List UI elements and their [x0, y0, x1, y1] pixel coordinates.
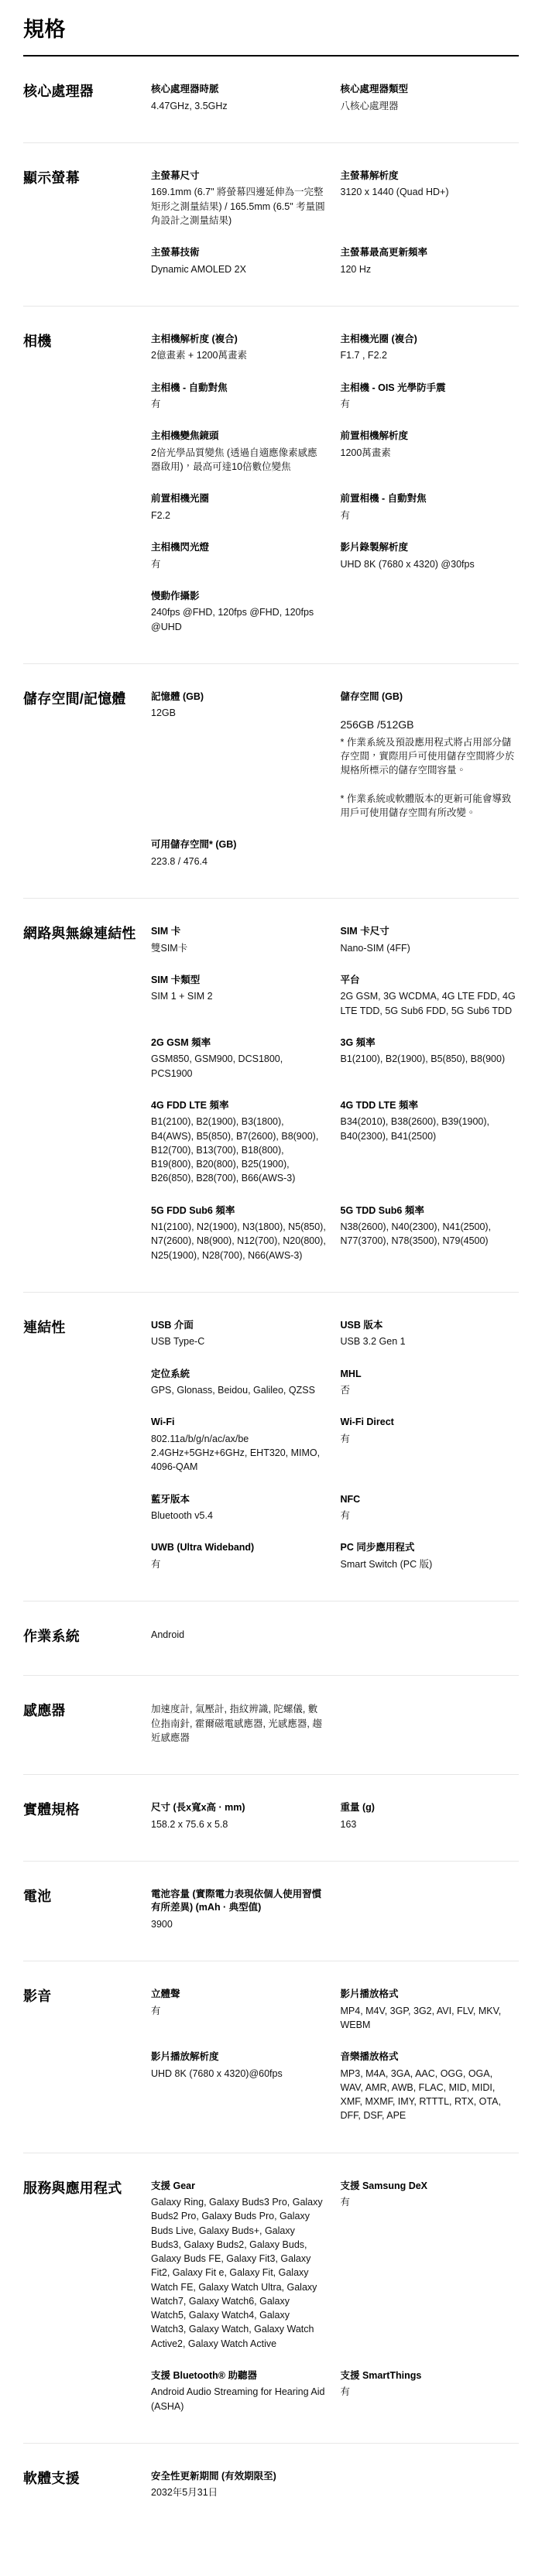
spec-item-label: 藍牙版本: [151, 1493, 327, 1507]
spec-item-label: 主螢幕尺寸: [151, 170, 327, 183]
spec-item-value: UHD 8K (7680 x 4320) @30fps: [341, 557, 516, 571]
spec-item: Wi-Fi Direct 有: [341, 1416, 520, 1474]
spec-item-value: F1.7 , F2.2: [341, 348, 516, 362]
spec-item-value: 158.2 x 75.6 x 5.8: [151, 1817, 327, 1831]
spec-item-value: Bluetooth v5.4: [151, 1509, 327, 1523]
spec-item-value: 3120 x 1440 (Quad HD+): [341, 185, 516, 199]
spec-item: 主相機 - 自動對焦 有: [151, 382, 330, 412]
spec-item: 前置相機光圈 F2.2: [151, 492, 330, 522]
section-body: 尺寸 (長x寬x高 · mm) 158.2 x 75.6 x 5.8 重量 (g…: [151, 1801, 519, 1831]
spec-item-label: USB 介面: [151, 1319, 327, 1333]
spec-item: 支援 Bluetooth® 助聽器 Android Audio Streamin…: [151, 2369, 330, 2413]
spec-item: 主相機光圈 (複合) F1.7 , F2.2: [341, 333, 520, 363]
section-body: SIM 卡 雙SIM卡 SIM 卡尺寸 Nano-SIM (4FF) SIM 卡…: [151, 925, 519, 1262]
spec-item: USB 版本 USB 3.2 Gen 1: [341, 1319, 520, 1349]
spec-item-value: 有: [341, 2385, 516, 2399]
spec-item: NFC 有: [341, 1493, 520, 1523]
spec-section: 實體規格 尺寸 (長x寬x高 · mm) 158.2 x 75.6 x 5.8 …: [23, 1774, 519, 1861]
spec-item: 影片播放格式 MP4, M4V, 3GP, 3G2, AVI, FLV, MKV…: [341, 1988, 520, 2032]
spec-item: 主螢幕技術 Dynamic AMOLED 2X: [151, 246, 330, 276]
spec-item: Wi-Fi 802.11a/b/g/n/ac/ax/be 2.4GHz+5GHz…: [151, 1416, 330, 1474]
spec-page: 規格 核心處理器 核心處理器時脈 4.47GHz, 3.5GHz 核心處理器類型…: [0, 0, 542, 2576]
spec-item-label: 記憶體 (GB): [151, 690, 327, 704]
spec-item: SIM 卡 雙SIM卡: [151, 925, 330, 955]
spec-item-value: MP4, M4V, 3GP, 3G2, AVI, FLV, MKV, WEBM: [341, 2004, 516, 2033]
spec-item-label: USB 版本: [341, 1319, 516, 1333]
spec-item-value: GSM850, GSM900, DCS1800, PCS1900: [151, 1052, 327, 1081]
spec-item-label: 主相機變焦鏡頭: [151, 430, 327, 444]
spec-item-value: 163: [341, 1817, 516, 1831]
spec-item-value: 120 Hz: [341, 262, 516, 276]
section-body: 主螢幕尺寸 169.1mm (6.7" 將螢幕四邊延伸為一完整矩形之測量結果) …: [151, 170, 519, 276]
section-category: 作業系統: [23, 1628, 151, 1646]
spec-item-value: 1200萬畫素: [341, 446, 516, 460]
spec-item-label: 4G FDD LTE 頻率: [151, 1099, 327, 1113]
spec-item-value: 加速度計, 氣壓計, 指紋辨識, 陀螺儀, 數位指南針, 霍爾磁電感應器, 光感…: [151, 1702, 327, 1745]
spec-item-value: 240fps @FHD, 120fps @FHD, 120fps @UHD: [151, 605, 327, 634]
section-category: 影音: [23, 1988, 151, 2123]
spec-section: 網路與無線連結性 SIM 卡 雙SIM卡 SIM 卡尺寸 Nano-SIM (4…: [23, 898, 519, 1292]
spec-item: 影片錄製解析度 UHD 8K (7680 x 4320) @30fps: [341, 541, 520, 571]
spec-item-value: 有: [341, 397, 516, 411]
spec-item-label: 5G TDD Sub6 頻率: [341, 1204, 516, 1218]
spec-item: 可用儲存空間* (GB) 223.8 / 476.4: [151, 838, 330, 868]
spec-section: 感應器 加速度計, 氣壓計, 指紋辨識, 陀螺儀, 數位指南針, 霍爾磁電感應器…: [23, 1675, 519, 1774]
spec-item-value: B1(2100), B2(1900), B3(1800), B4(AWS), B…: [151, 1115, 327, 1185]
spec-section: 軟體支援 安全性更新期間 (有效期限至) 2032年5月31日: [23, 2443, 519, 2530]
spec-item-label: 安全性更新期間 (有效期限至): [151, 2470, 327, 2484]
spec-item-label: 儲存空間 (GB): [341, 690, 516, 704]
spec-item-label: 主螢幕最高更新頻率: [341, 246, 516, 260]
spec-item: 前置相機解析度 1200萬畫素: [341, 430, 520, 474]
section-category: 感應器: [23, 1702, 151, 1745]
spec-item-value: 否: [341, 1383, 516, 1397]
section-category: 軟體支援: [23, 2470, 151, 2500]
spec-item: 尺寸 (長x寬x高 · mm) 158.2 x 75.6 x 5.8: [151, 1801, 330, 1831]
spec-item-label: MHL: [341, 1368, 516, 1382]
page-title: 規格: [23, 11, 519, 43]
spec-item: 核心處理器時脈 4.47GHz, 3.5GHz: [151, 83, 330, 113]
spec-item-label: 主相機閃光燈: [151, 541, 327, 555]
spec-item-label: 核心處理器時脈: [151, 83, 327, 97]
spec-item: 主螢幕解析度 3120 x 1440 (Quad HD+): [341, 170, 520, 228]
spec-item-label: 音樂播放格式: [341, 2050, 516, 2064]
section-body: 核心處理器時脈 4.47GHz, 3.5GHz 核心處理器類型 八核心處理器: [151, 83, 519, 113]
spec-item-label: 定位系統: [151, 1368, 327, 1382]
spec-item-label: 3G 頻率: [341, 1036, 516, 1050]
spec-item-value: * 作業系統及預設應用程式將占用部分儲存空間，實際用戶可使用儲存空間將少於規格所…: [341, 735, 516, 820]
spec-item-label: 主相機 - 自動對焦: [151, 382, 327, 396]
section-category: 儲存空間/記憶體: [23, 690, 151, 868]
spec-item-value: MP3, M4A, 3GA, AAC, OGG, OGA, WAV, AMR, …: [341, 2067, 516, 2123]
spec-item-value: 3900: [151, 1917, 327, 1931]
spec-item-value: N38(2600), N40(2300), N41(2500), N77(370…: [341, 1220, 516, 1249]
spec-item: 主螢幕尺寸 169.1mm (6.7" 將螢幕四邊延伸為一完整矩形之測量結果) …: [151, 170, 330, 228]
spec-item-value: Android: [151, 1628, 327, 1642]
spec-item-value: F2.2: [151, 509, 327, 522]
spec-item-label: NFC: [341, 1493, 516, 1507]
spec-sections: 核心處理器 核心處理器時脈 4.47GHz, 3.5GHz 核心處理器類型 八核…: [23, 57, 519, 2530]
spec-item-value: 2G GSM, 3G WCDMA, 4G LTE FDD, 4G LTE TDD…: [341, 989, 516, 1018]
spec-item-value: SIM 1 + SIM 2: [151, 989, 327, 1003]
spec-item: 音樂播放格式 MP3, M4A, 3GA, AAC, OGG, OGA, WAV…: [341, 2050, 520, 2123]
spec-section: 核心處理器 核心處理器時脈 4.47GHz, 3.5GHz 核心處理器類型 八核…: [23, 57, 519, 142]
spec-item: 支援 SmartThings 有: [341, 2369, 520, 2413]
spec-item-value: 2億畫素 + 1200萬畫素: [151, 348, 327, 362]
spec-item-label: 立體聲: [151, 1988, 327, 2002]
spec-item-label: 主相機 - OIS 光學防手震: [341, 382, 516, 396]
spec-item-value: 有: [341, 2195, 516, 2209]
spec-item-value: 有: [341, 509, 516, 522]
spec-item-label: PC 同步應用程式: [341, 1541, 516, 1555]
spec-item: 儲存空間 (GB) 256GB /512GB * 作業系統及預設應用程式將占用部…: [341, 690, 520, 820]
spec-item: 5G TDD Sub6 頻率 N38(2600), N40(2300), N41…: [341, 1204, 520, 1262]
spec-item-value: 12GB: [151, 706, 327, 720]
spec-item-value: 八核心處理器: [341, 99, 516, 113]
spec-item-value: Smart Switch (PC 版): [341, 1557, 516, 1571]
spec-item-label: 可用儲存空間* (GB): [151, 838, 327, 852]
spec-item-value: UHD 8K (7680 x 4320)@60fps: [151, 2067, 327, 2081]
spec-item: MHL 否: [341, 1368, 520, 1398]
spec-item-label: 慢動作攝影: [151, 590, 327, 604]
spec-item-label: 影片播放格式: [341, 1988, 516, 2002]
spec-item: 4G FDD LTE 頻率 B1(2100), B2(1900), B3(180…: [151, 1099, 330, 1186]
spec-item: 安全性更新期間 (有效期限至) 2032年5月31日: [151, 2470, 330, 2500]
spec-item: SIM 卡尺寸 Nano-SIM (4FF): [341, 925, 520, 955]
section-category: 電池: [23, 1888, 151, 1931]
section-body: 立體聲 有 影片播放格式 MP4, M4V, 3GP, 3G2, AVI, FL…: [151, 1988, 519, 2123]
spec-item: 主相機解析度 (複合) 2億畫素 + 1200萬畫素: [151, 333, 330, 363]
spec-section: 作業系統 Android: [23, 1601, 519, 1675]
spec-item-value: 有: [151, 397, 327, 411]
spec-section: 相機 主相機解析度 (複合) 2億畫素 + 1200萬畫素 主相機光圈 (複合)…: [23, 306, 519, 663]
spec-item-value: 有: [151, 557, 327, 571]
spec-item: 主相機 - OIS 光學防手震 有: [341, 382, 520, 412]
section-category: 服務與應用程式: [23, 2180, 151, 2413]
spec-section: 影音 立體聲 有 影片播放格式 MP4, M4V, 3GP, 3G2, AVI,…: [23, 1961, 519, 2153]
spec-item: 平台 2G GSM, 3G WCDMA, 4G LTE FDD, 4G LTE …: [341, 974, 520, 1018]
section-body: Android: [151, 1628, 519, 1646]
spec-item-label: Wi-Fi: [151, 1416, 327, 1430]
spec-item-value: GPS, Glonass, Beidou, Galileo, QZSS: [151, 1383, 327, 1397]
spec-item-value: USB Type-C: [151, 1334, 327, 1348]
spec-item-value: Nano-SIM (4FF): [341, 941, 516, 955]
spec-item: 主螢幕最高更新頻率 120 Hz: [341, 246, 520, 276]
spec-item-value: 有: [151, 2004, 327, 2018]
section-body: 電池容量 (實際電力表現依個人使用習慣有所差異) (mAh · 典型值) 390…: [151, 1888, 519, 1931]
spec-item-label: 前置相機解析度: [341, 430, 516, 444]
spec-item: 藍牙版本 Bluetooth v5.4: [151, 1493, 330, 1523]
spec-item: 支援 Gear Galaxy Ring, Galaxy Buds3 Pro, G…: [151, 2180, 330, 2351]
spec-item-label: 影片播放解析度: [151, 2050, 327, 2064]
spec-item: 2G GSM 頻率 GSM850, GSM900, DCS1800, PCS19…: [151, 1036, 330, 1081]
spec-item: 電池容量 (實際電力表現依個人使用習慣有所差異) (mAh · 典型值) 390…: [151, 1888, 330, 1931]
spec-item-label: 核心處理器類型: [341, 83, 516, 97]
spec-item: 重量 (g) 163: [341, 1801, 520, 1831]
section-category: 網路與無線連結性: [23, 925, 151, 1262]
spec-item-value: Dynamic AMOLED 2X: [151, 262, 327, 276]
section-body: 支援 Gear Galaxy Ring, Galaxy Buds3 Pro, G…: [151, 2180, 519, 2413]
spec-item: 主相機變焦鏡頭 2倍光學品質變焦 (透過自適應像素感應器啟用)，最高可達10倍數…: [151, 430, 330, 474]
spec-item-value: 169.1mm (6.7" 將螢幕四邊延伸為一完整矩形之測量結果) / 165.…: [151, 185, 327, 228]
spec-item: 慢動作攝影 240fps @FHD, 120fps @FHD, 120fps @…: [151, 590, 330, 634]
section-body: 安全性更新期間 (有效期限至) 2032年5月31日: [151, 2470, 519, 2500]
spec-item-value: Android Audio Streaming for Hearing Aid …: [151, 2385, 327, 2413]
spec-item-label: SIM 卡: [151, 925, 327, 939]
spec-item-label: 5G FDD Sub6 頻率: [151, 1204, 327, 1218]
spec-item-value: 2032年5月31日: [151, 2485, 327, 2499]
spec-section: 顯示螢幕 主螢幕尺寸 169.1mm (6.7" 將螢幕四邊延伸為一完整矩形之測…: [23, 142, 519, 306]
spec-section: 連結性 USB 介面 USB Type-C USB 版本 USB 3.2 Gen…: [23, 1292, 519, 1601]
spec-item-value: 有: [341, 1509, 516, 1523]
spec-item-label: 電池容量 (實際電力表現依個人使用習慣有所差異) (mAh · 典型值): [151, 1888, 327, 1915]
spec-item: 5G FDD Sub6 頻率 N1(2100), N2(1900), N3(18…: [151, 1204, 330, 1262]
spec-item: 支援 Samsung DeX 有: [341, 2180, 520, 2351]
spec-item: 前置相機 - 自動對焦 有: [341, 492, 520, 522]
spec-item-label: 支援 Bluetooth® 助聽器: [151, 2369, 327, 2383]
spec-item-value: 223.8 / 476.4: [151, 855, 327, 868]
spec-item-label: 4G TDD LTE 頻率: [341, 1099, 516, 1113]
spec-item-value: 2倍光學品質變焦 (透過自適應像素感應器啟用)，最高可達10倍數位變焦: [151, 446, 327, 474]
spec-item-label: 支援 SmartThings: [341, 2369, 516, 2383]
spec-item: SIM 卡類型 SIM 1 + SIM 2: [151, 974, 330, 1018]
section-body: USB 介面 USB Type-C USB 版本 USB 3.2 Gen 1 定…: [151, 1319, 519, 1571]
spec-item-label: UWB (Ultra Wideband): [151, 1541, 327, 1555]
spec-item-label: 主螢幕解析度: [341, 170, 516, 183]
spec-item-label: SIM 卡類型: [151, 974, 327, 988]
spec-item-label: 主相機光圈 (複合): [341, 333, 516, 347]
section-category: 核心處理器: [23, 83, 151, 113]
spec-item-value: 雙SIM卡: [151, 941, 327, 955]
spec-item-label: 2G GSM 頻率: [151, 1036, 327, 1050]
spec-item: 主相機閃光燈 有: [151, 541, 330, 571]
spec-section: 電池 電池容量 (實際電力表現依個人使用習慣有所差異) (mAh · 典型值) …: [23, 1861, 519, 1961]
spec-item-value: Galaxy Ring, Galaxy Buds3 Pro, Galaxy Bu…: [151, 2195, 327, 2351]
spec-item-label: Wi-Fi Direct: [341, 1416, 516, 1430]
section-category: 顯示螢幕: [23, 170, 151, 276]
spec-item-value: 有: [151, 1557, 327, 1571]
section-body: 記憶體 (GB) 12GB 儲存空間 (GB) 256GB /512GB * 作…: [151, 690, 519, 868]
spec-section: 儲存空間/記憶體 記憶體 (GB) 12GB 儲存空間 (GB) 256GB /…: [23, 663, 519, 898]
spec-item-label: 支援 Samsung DeX: [341, 2180, 516, 2194]
spec-item: 加速度計, 氣壓計, 指紋辨識, 陀螺儀, 數位指南針, 霍爾磁電感應器, 光感…: [151, 1702, 330, 1745]
section-category: 相機: [23, 333, 151, 634]
section-body: 加速度計, 氣壓計, 指紋辨識, 陀螺儀, 數位指南針, 霍爾磁電感應器, 光感…: [151, 1702, 519, 1745]
spec-item: PC 同步應用程式 Smart Switch (PC 版): [341, 1541, 520, 1571]
spec-item: 記憶體 (GB) 12GB: [151, 690, 330, 820]
spec-item-value: B1(2100), B2(1900), B5(850), B8(900): [341, 1052, 516, 1066]
spec-item: 影片播放解析度 UHD 8K (7680 x 4320)@60fps: [151, 2050, 330, 2123]
section-body: 主相機解析度 (複合) 2億畫素 + 1200萬畫素 主相機光圈 (複合) F1…: [151, 333, 519, 634]
spec-item: 定位系統 GPS, Glonass, Beidou, Galileo, QZSS: [151, 1368, 330, 1398]
section-category: 實體規格: [23, 1801, 151, 1831]
spec-item-value: 4.47GHz, 3.5GHz: [151, 99, 327, 113]
spec-item-label: 平台: [341, 974, 516, 988]
spec-item-value: 有: [341, 1432, 516, 1446]
spec-item-label: 尺寸 (長x寬x高 · mm): [151, 1801, 327, 1815]
spec-item-label: 影片錄製解析度: [341, 541, 516, 555]
spec-item: Android: [151, 1628, 330, 1642]
spec-item-label: 主螢幕技術: [151, 246, 327, 260]
spec-item: USB 介面 USB Type-C: [151, 1319, 330, 1349]
spec-item-value: B34(2010), B38(2600), B39(1900), B40(230…: [341, 1115, 516, 1143]
spec-item: 立體聲 有: [151, 1988, 330, 2032]
spec-item-head: 256GB /512GB: [341, 718, 516, 733]
spec-item: UWB (Ultra Wideband) 有: [151, 1541, 330, 1571]
spec-item: 核心處理器類型 八核心處理器: [341, 83, 520, 113]
spec-section: 服務與應用程式 支援 Gear Galaxy Ring, Galaxy Buds…: [23, 2153, 519, 2443]
spec-item: 3G 頻率 B1(2100), B2(1900), B5(850), B8(90…: [341, 1036, 520, 1081]
spec-item-label: 主相機解析度 (複合): [151, 333, 327, 347]
section-category: 連結性: [23, 1319, 151, 1571]
spec-item-label: 重量 (g): [341, 1801, 516, 1815]
spec-item-value: 802.11a/b/g/n/ac/ax/be 2.4GHz+5GHz+6GHz,…: [151, 1432, 327, 1475]
spec-item-label: 支援 Gear: [151, 2180, 327, 2194]
spec-item-value: N1(2100), N2(1900), N3(1800), N5(850), N…: [151, 1220, 327, 1262]
spec-item: 4G TDD LTE 頻率 B34(2010), B38(2600), B39(…: [341, 1099, 520, 1186]
spec-item-value: USB 3.2 Gen 1: [341, 1334, 516, 1348]
spec-item-label: 前置相機光圈: [151, 492, 327, 506]
spec-item-label: SIM 卡尺寸: [341, 925, 516, 939]
spec-item-label: 前置相機 - 自動對焦: [341, 492, 516, 506]
